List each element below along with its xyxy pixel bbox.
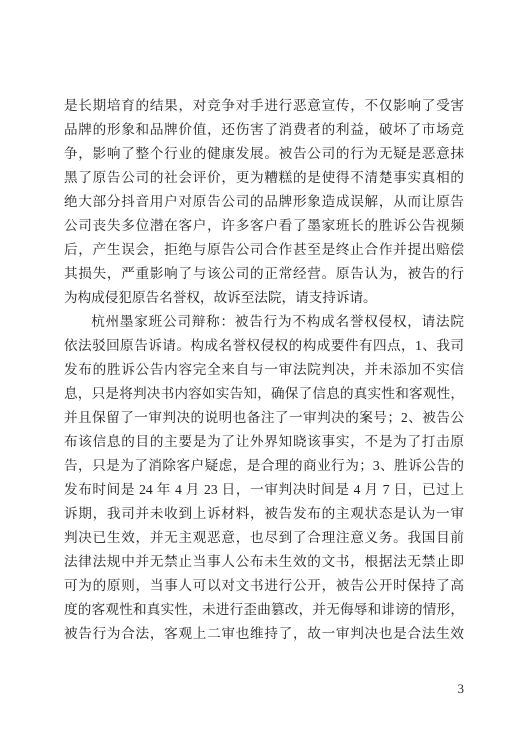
page-number: 3: [404, 681, 464, 696]
document-line: 争，影响了整个行业的健康发展。被告公司的行为无疑是恶意抹: [64, 142, 464, 166]
document-line: 被告行为合法，客观上二审也维持了，故一审判决也是合法生效: [64, 622, 464, 646]
paragraph: 杭州墨家班公司辩称：被告行为不构成名誉权侵权，请法院依法驳回原告诉请。构成名誉权…: [64, 310, 464, 646]
document-line: 发布的胜诉公告内容完全来自与一审法院判决，并未添加不实信: [64, 358, 464, 382]
document-line: 为构成侵犯原告名誉权，故诉至法院，请支持诉请。: [64, 286, 464, 310]
document-line: 度的客观性和真实性，未进行歪曲篡改，并无侮辱和诽谤的情形，: [64, 598, 464, 622]
document-line: 绝大部分抖音用户对原告公司的品牌形象造成误解，从而让原告: [64, 190, 464, 214]
document-line: 是长期培育的结果，对竞争对手进行恶意宣传，不仅影响了受害: [64, 94, 464, 118]
paragraph: 是长期培育的结果，对竞争对手进行恶意宣传，不仅影响了受害品牌的形象和品牌价值，还…: [64, 94, 464, 310]
document-line: 其损失，严重影响了与该公司的正常经营。原告认为，被告的行: [64, 262, 464, 286]
document-line: 发布时间是 24 年 4 月 23 日，一审判决时间是 4 月 7 日，已过上: [64, 478, 464, 502]
document-line: 可为的原则，当事人可以对文书进行公开，被告公开时保持了高: [64, 574, 464, 598]
document-line: 判决已生效，并无主观恶意，也尽到了合理注意义务。我国目前: [64, 526, 464, 550]
document-line: 法律法规中并无禁止当事人公布未生效的文书，根据法无禁止即: [64, 550, 464, 574]
text-block: 是长期培育的结果，对竞争对手进行恶意宣传，不仅影响了受害品牌的形象和品牌价值，还…: [64, 94, 464, 646]
document-line: 息，只是将判决书内容如实告知，确保了信息的真实性和客观性，: [64, 382, 464, 406]
document-line: 品牌的形象和品牌价值，还伤害了消费者的利益，破坏了市场竞: [64, 118, 464, 142]
document-line: 告，只是为了消除客户疑虑，是合理的商业行为；3、胜诉公告的: [64, 454, 464, 478]
document-line: 公司丧失多位潜在客户，许多客户看了墨家班长的胜诉公告视频: [64, 214, 464, 238]
document-line: 依法驳回原告诉请。构成名誉权侵权的构成要件有四点，1、我司: [64, 334, 464, 358]
document-line: 布该信息的目的主要是为了让外界知晓该事实，不是为了打击原: [64, 430, 464, 454]
document-line: 并且保留了一审判决的说明也备注了一审判决的案号；2、被告公: [64, 406, 464, 430]
document-line: 诉期，我司并未收到上诉材料，被告发布的主观状态是认为一审: [64, 502, 464, 526]
document-line: 后，产生误会，拒绝与原告公司合作甚至是终止合作并提出赔偿: [64, 238, 464, 262]
document-line: 黑了原告公司的社会评价，更为糟糕的是使得不清楚事实真相的: [64, 166, 464, 190]
document-line: 杭州墨家班公司辩称：被告行为不构成名誉权侵权，请法院: [64, 310, 464, 334]
document-page: 是长期培育的结果，对竞争对手进行恶意宣传，不仅影响了受害品牌的形象和品牌价值，还…: [0, 0, 526, 746]
